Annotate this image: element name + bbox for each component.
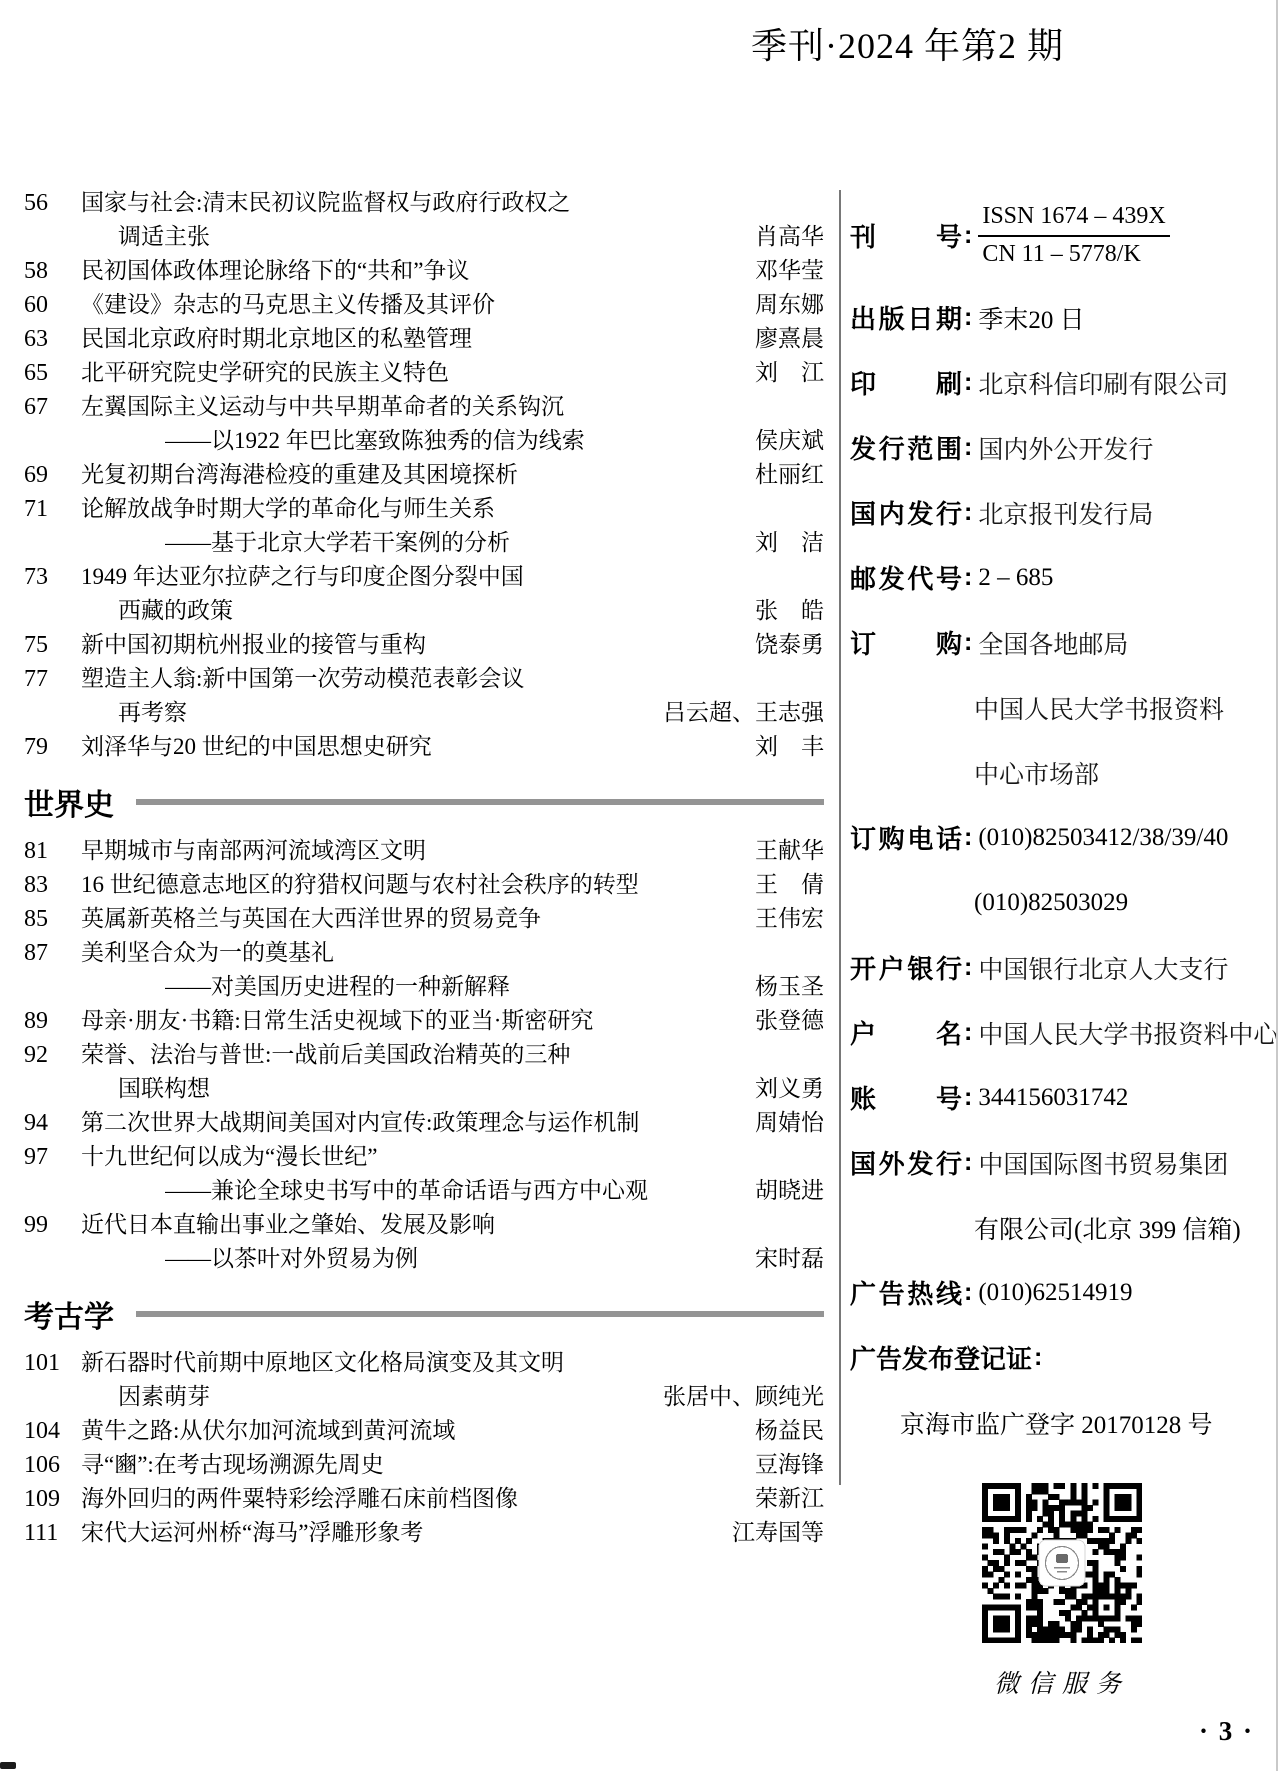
toc-author: 肖高华: [745, 220, 824, 254]
toc-entry: 731949 年达亚尔拉萨之行与印度企图分裂中国西藏的政策张 皓: [24, 560, 824, 628]
toc-entry: 77塑造主人翁:新中国第一次劳动模范表彰会议再考察吕云超、王志强: [24, 662, 824, 730]
colophon-value: 有限公司(北京 399 信箱): [974, 1210, 1241, 1246]
toc-entry: 67左翼国际主义运动与中共早期革命者的关系钩沉——以1922 年巴比塞致陈独秀的…: [24, 390, 824, 458]
toc-title: 国联构想: [118, 1072, 210, 1106]
toc-author: 刘义勇: [745, 1072, 824, 1106]
colophon-row: 广告热线:(010)62514919: [850, 1260, 1274, 1325]
colophon-value: 2 – 685: [978, 564, 1053, 592]
qr-block: 微信服务: [850, 1483, 1274, 1700]
colophon-colon: :: [964, 303, 972, 332]
toc-column: 56国家与社会:清末民初议院监督权与政府行政权之调适主张肖高华58民初国体政体理…: [24, 186, 824, 1550]
toc-entry: 89母亲·朋友·书籍:日常生活史视域下的亚当·斯密研究张登德: [24, 1004, 824, 1038]
toc-author: 杨玉圣: [745, 970, 824, 1004]
toc-title: ——对美国历史进程的一种新解释: [165, 970, 510, 1004]
toc-page-number: 87: [24, 936, 81, 970]
colophon-value: 中国人民大学书报资料: [974, 690, 1224, 726]
toc-author: 刘 丰: [745, 730, 824, 764]
toc-line: 58民初国体政体理论脉络下的“共和”争议邓华莹: [24, 254, 824, 288]
colophon-value: 中心市场部: [974, 755, 1099, 791]
colophon-label: 发行范围: [850, 429, 962, 466]
toc-section-title: 考古学: [24, 1292, 114, 1336]
toc-author: 宋时磊: [745, 1242, 824, 1276]
toc-title: 调适主张: [118, 220, 210, 254]
colophon-row: 邮发代号:2 – 685: [850, 545, 1274, 610]
colophon-colon: :: [964, 1278, 972, 1307]
toc-line: 104黄牛之路:从伏尔加河流域到黄河流域杨益民: [24, 1414, 824, 1448]
toc-line: 63民国北京政府时期北京地区的私塾管理廖熹晨: [24, 322, 824, 356]
toc-entry: 65北平研究院史学研究的民族主义特色刘 江: [24, 356, 824, 390]
toc-author: 周东娜: [745, 288, 824, 322]
toc-entry: 60《建设》杂志的马克思主义传播及其评价周东娜: [24, 288, 824, 322]
colophon-label: 订购: [850, 624, 962, 661]
toc-entry: 87美利坚合众为一的奠基礼——对美国历史进程的一种新解释杨玉圣: [24, 936, 824, 1004]
colophon-row: 出版日期:季末20 日: [850, 285, 1274, 350]
toc-author: 吕云超、王志强: [653, 696, 824, 730]
toc-page-number: 104: [24, 1414, 81, 1448]
toc-line: 60《建设》杂志的马克思主义传播及其评价周东娜: [24, 288, 824, 322]
issn-cn-stack: ISSN 1674 – 439XCN 11 – 5778/K: [978, 202, 1169, 268]
colophon-label: 广告热线: [850, 1274, 962, 1311]
toc-title: 再考察: [118, 696, 187, 730]
toc-page-number: 75: [24, 628, 81, 662]
toc-title: 光复初期台湾海港检疫的重建及其困境探析: [81, 458, 518, 492]
colophon-label: 出版日期: [850, 299, 962, 336]
colophon-value: 季末20 日: [978, 300, 1084, 336]
toc-title: 英属新英格兰与英国在大西洋世界的贸易竞争: [81, 902, 541, 936]
toc-line: 92荣誉、法治与普世:一战前后美国政治精英的三种: [24, 1038, 824, 1072]
toc-title: 第二次世界大战期间美国对内宣传:政策理念与运作机制: [81, 1106, 639, 1140]
toc-entry: 106寻“豳”:在考古现场溯源先周史豆海锋: [24, 1448, 824, 1482]
colophon-colon: :: [964, 221, 972, 250]
colophon-continuation: 中国人民大学书报资料: [850, 675, 1274, 740]
toc-title: 西藏的政策: [118, 594, 233, 628]
colophon-label: 账号: [850, 1079, 962, 1116]
toc-title: 民初国体政体理论脉络下的“共和”争议: [81, 254, 469, 288]
colophon-label: 邮发代号: [850, 559, 962, 596]
toc-entry: 8316 世纪德意志地区的狩猎权问题与农村社会秩序的转型王 倩: [24, 868, 824, 902]
toc-line: ——基于北京大学若干案例的分析刘 洁: [24, 526, 824, 560]
toc-line: 75新中国初期杭州报业的接管与重构饶泰勇: [24, 628, 824, 662]
toc-line: 106寻“豳”:在考古现场溯源先周史豆海锋: [24, 1448, 824, 1482]
toc-page-number: 97: [24, 1140, 81, 1174]
colophon-colon: :: [964, 498, 972, 527]
toc-title: 十九世纪何以成为“漫长世纪”: [81, 1140, 377, 1174]
toc-entry: 101新石器时代前期中原地区文化格局演变及其文明因素萌芽张居中、顾纯光: [24, 1346, 824, 1414]
toc-line: 65北平研究院史学研究的民族主义特色刘 江: [24, 356, 824, 390]
colophon-continuation: (010)82503029: [850, 870, 1274, 935]
colophon-label: 印刷: [850, 364, 962, 401]
colophon-row: 国外发行:中国国际图书贸易集团: [850, 1130, 1274, 1195]
colophon-row: 订购电话:(010)82503412/38/39/40: [850, 805, 1274, 870]
toc-author: 刘 江: [745, 356, 824, 390]
colophon-row: 印刷:北京科信印刷有限公司: [850, 350, 1274, 415]
colophon-continuation: 有限公司(北京 399 信箱): [850, 1195, 1274, 1260]
toc-title: 黄牛之路:从伏尔加河流域到黄河流域: [81, 1414, 455, 1448]
toc-page-number: 85: [24, 902, 81, 936]
colophon-label: 订购电话: [850, 819, 962, 856]
section-rule: [136, 1311, 824, 1317]
toc-title: 母亲·朋友·书籍:日常生活史视域下的亚当·斯密研究: [81, 1004, 593, 1038]
toc-line: 69光复初期台湾海港检疫的重建及其困境探析杜丽红: [24, 458, 824, 492]
colophon-colon: :: [1034, 1343, 1042, 1372]
colophon-row: 开户银行:中国银行北京人大支行: [850, 935, 1274, 1000]
toc-author: 杜丽红: [745, 458, 824, 492]
toc-entry: 56国家与社会:清末民初议院监督权与政府行政权之调适主张肖高华: [24, 186, 824, 254]
toc-title: 近代日本直输出事业之肇始、发展及影响: [81, 1208, 495, 1242]
toc-title: 塑造主人翁:新中国第一次劳动模范表彰会议: [81, 662, 524, 696]
toc-title: 《建设》杂志的马克思主义传播及其评价: [81, 288, 495, 322]
toc-page-number: 101: [24, 1346, 81, 1380]
toc-page-number: 111: [24, 1516, 81, 1550]
toc-line: 89母亲·朋友·书籍:日常生活史视域下的亚当·斯密研究张登德: [24, 1004, 824, 1038]
colophon-continuation: 京海市监广登字 20170128 号: [850, 1390, 1274, 1455]
colophon-row: 广告发布登记证:: [850, 1325, 1274, 1390]
colophon-colon: :: [964, 433, 972, 462]
toc-author: 胡晓进: [745, 1174, 824, 1208]
toc-title: 寻“豳”:在考古现场溯源先周史: [81, 1448, 384, 1482]
toc-line: 99近代日本直输出事业之肇始、发展及影响: [24, 1208, 824, 1242]
toc-page-number: 92: [24, 1038, 81, 1072]
colophon-row: 订购:全国各地邮局: [850, 610, 1274, 675]
toc-entry: 75新中国初期杭州报业的接管与重构饶泰勇: [24, 628, 824, 662]
toc-author: 王伟宏: [745, 902, 824, 936]
issue-header: 季刊·2024 年第2 期: [751, 18, 1064, 69]
toc-title: 美利坚合众为一的奠基礼: [81, 936, 334, 970]
colophon-value: 京海市监广登字 20170128 号: [900, 1405, 1213, 1441]
toc-page-number: 67: [24, 390, 81, 424]
toc-page-number: 106: [24, 1448, 81, 1482]
colophon-value: (010)82503029: [974, 889, 1128, 917]
colophon-value: (010)82503412/38/39/40: [978, 824, 1228, 852]
toc-line: 81早期城市与南部两河流域湾区文明王献华: [24, 834, 824, 868]
toc-title: ——基于北京大学若干案例的分析: [165, 526, 510, 560]
colophon-label: 广告发布登记证: [850, 1339, 1032, 1376]
toc-line: 8316 世纪德意志地区的狩猎权问题与农村社会秩序的转型王 倩: [24, 868, 824, 902]
toc-page-number: 94: [24, 1106, 81, 1140]
toc-title: 论解放战争时期大学的革命化与师生关系: [81, 492, 495, 526]
page-number: · 3 ·: [1199, 1716, 1254, 1747]
toc-page-number: 77: [24, 662, 81, 696]
toc-title: 16 世纪德意志地区的狩猎权问题与农村社会秩序的转型: [81, 868, 639, 902]
toc-page-number: 89: [24, 1004, 81, 1038]
colophon-value: 全国各地邮局: [978, 625, 1128, 661]
colophon-value: 北京科信印刷有限公司: [978, 365, 1228, 401]
toc-line: 国联构想刘义勇: [24, 1072, 824, 1106]
colophon-label: 开户银行: [850, 949, 962, 986]
toc-author: 邓华莹: [745, 254, 824, 288]
toc-page-number: 109: [24, 1482, 81, 1516]
colophon-colon: :: [964, 628, 972, 657]
toc-title: 1949 年达亚尔拉萨之行与印度企图分裂中国: [81, 560, 524, 594]
toc-line: 再考察吕云超、王志强: [24, 696, 824, 730]
colophon-colon: :: [964, 368, 972, 397]
cn-number: CN 11 – 5778/K: [978, 237, 1169, 269]
toc-author: 江寿国等: [722, 1516, 824, 1550]
toc-title: ——以1922 年巴比塞致陈独秀的信为线索: [165, 424, 585, 458]
toc-entry: 79刘泽华与20 世纪的中国思想史研究刘 丰: [24, 730, 824, 764]
toc-entry: 92荣誉、法治与普世:一战前后美国政治精英的三种国联构想刘义勇: [24, 1038, 824, 1106]
toc-title: 早期城市与南部两河流域湾区文明: [81, 834, 426, 868]
colophon-value: 中国银行北京人大支行: [978, 950, 1228, 986]
column-divider: [839, 190, 841, 1485]
toc-author: 廖熹晨: [745, 322, 824, 356]
toc-author: 王 倩: [745, 868, 824, 902]
toc-author: 张 皓: [745, 594, 824, 628]
toc-title: 北平研究院史学研究的民族主义特色: [81, 356, 449, 390]
toc-title: 海外回归的两件粟特彩绘浮雕石床前档图像: [81, 1482, 518, 1516]
colophon-value: 国内外公开发行: [978, 430, 1153, 466]
toc-entry: 63民国北京政府时期北京地区的私塾管理廖熹晨: [24, 322, 824, 356]
toc-line: 79刘泽华与20 世纪的中国思想史研究刘 丰: [24, 730, 824, 764]
toc-author: 刘 洁: [745, 526, 824, 560]
toc-author: 杨益民: [745, 1414, 824, 1448]
toc-author: 饶泰勇: [745, 628, 824, 662]
toc-line: 西藏的政策张 皓: [24, 594, 824, 628]
colophon-colon: :: [964, 1148, 972, 1177]
toc-section-header: 考古学: [24, 1292, 824, 1336]
toc-line: 71论解放战争时期大学的革命化与师生关系: [24, 492, 824, 526]
toc-entry: 58民初国体政体理论脉络下的“共和”争议邓华莹: [24, 254, 824, 288]
colophon-value: 344156031742: [978, 1084, 1128, 1112]
qr-caption: 微信服务: [850, 1664, 1274, 1700]
colophon-value: 北京报刊发行局: [978, 495, 1153, 531]
toc-page-number: 81: [24, 834, 81, 868]
toc-entry: 104黄牛之路:从伏尔加河流域到黄河流域杨益民: [24, 1414, 824, 1448]
toc-entry: 85英属新英格兰与英国在大西洋世界的贸易竞争王伟宏: [24, 902, 824, 936]
colophon-label: 户名: [850, 1014, 962, 1051]
toc-author: 张居中、顾纯光: [653, 1380, 824, 1414]
toc-page-number: 83: [24, 868, 81, 902]
toc-title: 新石器时代前期中原地区文化格局演变及其文明: [81, 1346, 564, 1380]
toc-page-number: 60: [24, 288, 81, 322]
toc-author: 张登德: [745, 1004, 824, 1038]
toc-line: 67左翼国际主义运动与中共早期革命者的关系钩沉: [24, 390, 824, 424]
toc-entry: 94第二次世界大战期间美国对内宣传:政策理念与运作机制周婧怡: [24, 1106, 824, 1140]
colophon-row: 户名:中国人民大学书报资料中心: [850, 1000, 1274, 1065]
colophon-row: 发行范围:国内外公开发行: [850, 415, 1274, 480]
colophon-value: (010)62514919: [978, 1279, 1132, 1307]
toc-page-number: 65: [24, 356, 81, 390]
toc-entry: 111宋代大运河州桥“海马”浮雕形象考江寿国等: [24, 1516, 824, 1550]
toc-title: 国家与社会:清末民初议院监督权与政府行政权之: [81, 186, 570, 220]
colophon-label: 国外发行: [850, 1144, 962, 1181]
toc-section-header: 世界史: [24, 780, 824, 824]
colophon: 刊号:ISSN 1674 – 439XCN 11 – 5778/K出版日期:季末…: [850, 185, 1274, 1455]
toc-title: ——兼论全球史书写中的革命话语与西方中心观: [165, 1174, 648, 1208]
toc-line: ——兼论全球史书写中的革命话语与西方中心观胡晓进: [24, 1174, 824, 1208]
wechat-qr-code: [982, 1483, 1142, 1643]
toc-title: 左翼国际主义运动与中共早期革命者的关系钩沉: [81, 390, 564, 424]
toc-page-number: 71: [24, 492, 81, 526]
toc-title: 民国北京政府时期北京地区的私塾管理: [81, 322, 472, 356]
toc-line: 因素萌芽张居中、顾纯光: [24, 1380, 824, 1414]
toc-entry: 81早期城市与南部两河流域湾区文明王献华: [24, 834, 824, 868]
journal-toc-page: { "header": { "issue_label": "季刊·2024 年第…: [0, 0, 1280, 1771]
toc-line: ——以1922 年巴比塞致陈独秀的信为线索侯庆斌: [24, 424, 824, 458]
toc-entry: 99近代日本直输出事业之肇始、发展及影响——以茶叶对外贸易为例宋时磊: [24, 1208, 824, 1276]
colophon-label: 国内发行: [850, 494, 962, 531]
toc-line: ——以茶叶对外贸易为例宋时磊: [24, 1242, 824, 1276]
toc-line: ——对美国历史进程的一种新解释杨玉圣: [24, 970, 824, 1004]
colophon-column: 刊号:ISSN 1674 – 439XCN 11 – 5778/K出版日期:季末…: [850, 185, 1274, 1700]
toc-entry: 97十九世纪何以成为“漫长世纪”——兼论全球史书写中的革命话语与西方中心观胡晓进: [24, 1140, 824, 1208]
toc-page-number: 79: [24, 730, 81, 764]
colophon-label: 刊号: [850, 217, 962, 254]
toc-author: 周婧怡: [745, 1106, 824, 1140]
colophon-row: 账号:344156031742: [850, 1065, 1274, 1130]
toc-author: 豆海锋: [745, 1448, 824, 1482]
toc-title: 新中国初期杭州报业的接管与重构: [81, 628, 426, 662]
colophon-row: 刊号:ISSN 1674 – 439XCN 11 – 5778/K: [850, 185, 1274, 285]
toc-page-number: 99: [24, 1208, 81, 1242]
toc-line: 97十九世纪何以成为“漫长世纪”: [24, 1140, 824, 1174]
toc-line: 调适主张肖高华: [24, 220, 824, 254]
toc-title: 宋代大运河州桥“海马”浮雕形象考: [81, 1516, 423, 1550]
toc-line: 109海外回归的两件粟特彩绘浮雕石床前档图像荣新江: [24, 1482, 824, 1516]
colophon-continuation: 中心市场部: [850, 740, 1274, 805]
colophon-colon: :: [964, 563, 972, 592]
page-edge-shadow: [1276, 0, 1278, 1771]
toc-title: 刘泽华与20 世纪的中国思想史研究: [81, 730, 432, 764]
colophon-value: 中国国际图书贸易集团: [978, 1145, 1228, 1181]
toc-line: 101新石器时代前期中原地区文化格局演变及其文明: [24, 1346, 824, 1380]
colophon-colon: :: [964, 1018, 972, 1047]
toc-page-number: 63: [24, 322, 81, 356]
toc-page-number: 58: [24, 254, 81, 288]
colophon-colon: :: [964, 1083, 972, 1112]
toc-line: 87美利坚合众为一的奠基礼: [24, 936, 824, 970]
toc-title: ——以茶叶对外贸易为例: [165, 1242, 418, 1276]
toc-page-number: 56: [24, 186, 81, 220]
toc-author: 荣新江: [745, 1482, 824, 1516]
toc-page-number: 73: [24, 560, 81, 594]
toc-author: 侯庆斌: [745, 424, 824, 458]
toc-entry: 71论解放战争时期大学的革命化与师生关系——基于北京大学若干案例的分析刘 洁: [24, 492, 824, 560]
toc-entry: 69光复初期台湾海港检疫的重建及其困境探析杜丽红: [24, 458, 824, 492]
scan-smudge: [0, 1762, 16, 1769]
issn-number: ISSN 1674 – 439X: [978, 202, 1169, 237]
colophon-colon: :: [964, 953, 972, 982]
toc-title: 因素萌芽: [118, 1380, 210, 1414]
section-rule: [136, 799, 824, 805]
colophon-row: 国内发行:北京报刊发行局: [850, 480, 1274, 545]
toc-author: 王献华: [745, 834, 824, 868]
toc-line: 94第二次世界大战期间美国对内宣传:政策理念与运作机制周婧怡: [24, 1106, 824, 1140]
toc-page-number: 69: [24, 458, 81, 492]
toc-entry: 109海外回归的两件粟特彩绘浮雕石床前档图像荣新江: [24, 1482, 824, 1516]
toc-line: 111宋代大运河州桥“海马”浮雕形象考江寿国等: [24, 1516, 824, 1550]
colophon-colon: :: [964, 823, 972, 852]
colophon-value: 中国人民大学书报资料中心: [978, 1015, 1278, 1051]
toc-line: 77塑造主人翁:新中国第一次劳动模范表彰会议: [24, 662, 824, 696]
toc-line: 56国家与社会:清末民初议院监督权与政府行政权之: [24, 186, 824, 220]
toc-section-title: 世界史: [24, 780, 114, 824]
toc-line: 731949 年达亚尔拉萨之行与印度企图分裂中国: [24, 560, 824, 594]
toc-title: 荣誉、法治与普世:一战前后美国政治精英的三种: [81, 1038, 570, 1072]
toc-line: 85英属新英格兰与英国在大西洋世界的贸易竞争王伟宏: [24, 902, 824, 936]
